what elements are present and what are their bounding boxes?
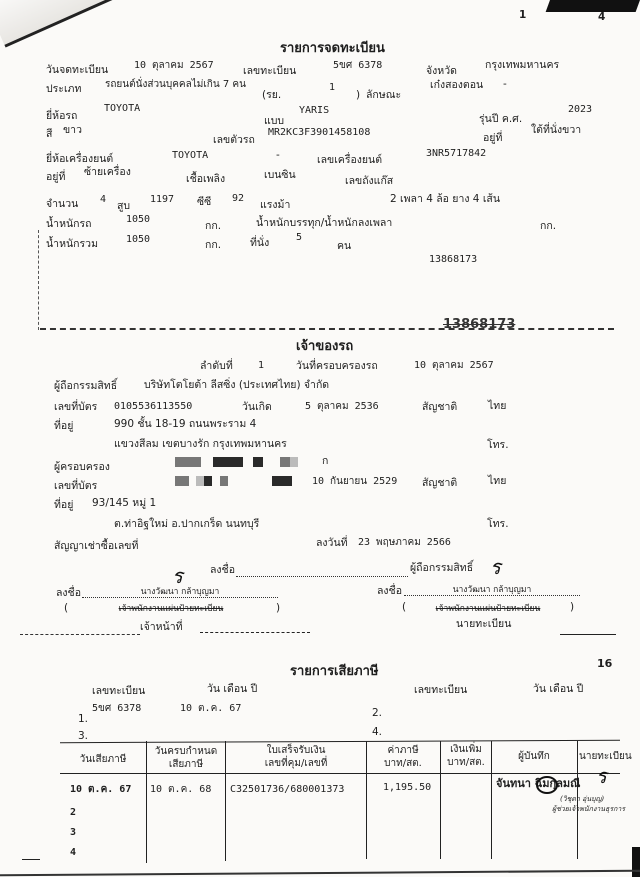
redacted-id	[175, 476, 189, 486]
plate-label: เลขทะเบียน	[243, 66, 296, 78]
reg-date-value: 10 ตุลาคม 2567	[134, 60, 214, 71]
divider	[560, 634, 616, 635]
table-header-paid-date: วันเสียภาษี	[62, 754, 144, 767]
horsepower-unit: แรงม้า	[260, 200, 290, 212]
nationality-value: ไทย	[488, 401, 506, 413]
table-header-registrar: นายทะเบียน	[579, 751, 639, 764]
table-column-divider	[366, 741, 367, 859]
address-line1: 990 ชั้น 18-19 ถนนพระราม 4	[114, 419, 256, 431]
holder-phone-label: โทร.	[487, 519, 509, 531]
table-row-number: 3	[70, 827, 76, 838]
table-header-recorder: ผู้บันทึก	[493, 751, 575, 764]
birth-label: วันเกิด	[242, 402, 272, 414]
fuel-value: เบนซิน	[264, 170, 296, 182]
holder-id-label: เลขที่บัตร	[54, 481, 97, 493]
vin-value: MR2KC3F3901458108	[268, 127, 370, 138]
holder-address-line1: 93/145 หมู่ 1	[92, 498, 156, 510]
holder-address-label: ที่อยู่	[54, 500, 73, 512]
curb-weight-unit: กก.	[205, 221, 221, 233]
load-weight-label: น้ำหนักบรรทุก/น้ำหนักลงเพลา	[256, 218, 392, 230]
page-fold-shadow	[0, 0, 134, 48]
ry-value: 1	[329, 82, 335, 93]
margin-mark	[22, 859, 40, 860]
displacement-value: 1197	[150, 194, 174, 205]
proprietor-sign-line	[236, 566, 408, 577]
engine-location-label: อยู่ที่	[46, 172, 65, 184]
table-header-surcharge: เงินเพิ่ม บาท/สต.	[442, 744, 490, 769]
style-dash: -	[503, 79, 507, 91]
birth-value: 5 ตุลาคม 2536	[305, 401, 379, 412]
officer-name: นางวัฒนา กล้าบุญมา	[82, 588, 278, 598]
lease-date-value: 23 พฤษภาคม 2566	[358, 537, 451, 548]
table-column-divider	[491, 741, 492, 859]
tax-entry-num: 1.	[78, 714, 88, 726]
page-corner-shadow	[546, 0, 640, 12]
brand-value: TOYOTA	[104, 103, 140, 114]
style-value: เก๋งสองตอน	[430, 80, 483, 92]
registrar-name: นางวัฒนา กล้าบุญมา	[404, 586, 580, 596]
vin-label: เลขตัวรถ	[213, 135, 255, 147]
engine-no-value: 3NR5717842	[426, 148, 486, 159]
lease-date-label: ลงวันที่	[316, 538, 348, 550]
paren-close: )	[570, 602, 574, 614]
tax-entry-num: 3.	[78, 731, 88, 743]
gross-weight-value: 1050	[126, 234, 150, 245]
registrar-role: นายทะเบียน	[456, 619, 511, 631]
table-row-number: 2	[70, 807, 76, 818]
table-header-border	[60, 773, 620, 774]
vin-location-label: อยู่ที่	[483, 133, 502, 145]
cylinder-value: 4	[100, 194, 106, 205]
officer-sign-label: ลงชื่อ	[56, 588, 81, 600]
redacted-id	[196, 476, 204, 486]
gross-weight-label: น้ำหนักรวม	[46, 239, 98, 251]
holder-address-line2: ต.ท่าอิฐใหม่ อ.ปากเกร็ด นนทบุรี	[114, 519, 259, 531]
divider	[200, 632, 310, 633]
table-column-divider	[225, 741, 226, 861]
tax-entry-num: 4.	[372, 727, 382, 739]
page-bottom-edge	[0, 870, 640, 876]
province-value: กรุงเทพมหานคร	[485, 60, 559, 72]
page-mark: 4	[598, 12, 605, 24]
vehicle-registration-document: 1 4 รายการจดทะเบียน วันจดทะเบียน 10 ตุลา…	[0, 0, 640, 877]
possession-date-value: 10 ตุลาคม 2567	[414, 360, 494, 371]
order-value: 1	[258, 360, 264, 371]
address-label: ที่อยู่	[54, 421, 73, 433]
engine-brand-label: ยี่ห้อเครื่องยนต์	[46, 154, 113, 166]
document-number-faded: 13868173	[443, 318, 515, 332]
paren-close: )	[276, 603, 280, 615]
tax-entry-plate: 5ขศ 6378	[92, 703, 141, 714]
tax-entry-num: 2.	[372, 708, 382, 720]
reg-date-label: วันจดทะเบียน	[46, 65, 108, 77]
gross-weight-unit: กก.	[205, 240, 221, 252]
horsepower-value: 92	[232, 193, 244, 204]
signature-mark: ร	[490, 551, 501, 583]
displacement-unit: ซีซี	[197, 197, 211, 209]
proprietor-value: บริษัทโตโยต้า ลีสซิ่ง (ประเทศไทย) จำกัด	[144, 380, 329, 392]
table-top-border	[60, 740, 620, 743]
load-weight-unit: กก.	[540, 221, 556, 233]
divider	[40, 328, 614, 330]
tax-plate-col-label: เลขทะเบียน	[92, 686, 145, 698]
proprietor-sign-role: ผู้ถือกรรมสิทธิ์	[410, 563, 473, 575]
divider	[20, 634, 140, 635]
redacted-id	[204, 476, 212, 486]
proprietor-id-value: 0105536113550	[114, 401, 192, 412]
seats-label: ที่นั่ง	[250, 238, 269, 250]
tax-entry-date: 10 ต.ค. 67	[180, 703, 241, 714]
redacted-name	[213, 457, 243, 467]
proprietor-id-label: เลขที่บัตร	[54, 402, 97, 414]
address-line2: แขวงสีลม เขตบางรัก กรุงเทพมหานคร	[114, 439, 287, 451]
redacted-name	[280, 457, 290, 467]
color-value: ขาว	[63, 125, 82, 137]
table-cell-paid-date: 10 ต.ค. 67	[70, 784, 131, 795]
curb-weight-label: น้ำหนักรถ	[46, 219, 92, 231]
stamp-icon	[536, 776, 558, 794]
redacted-name	[290, 457, 298, 467]
style-label: ลักษณะ	[366, 90, 401, 102]
province-label: จังหวัด	[426, 66, 457, 78]
plate-value: 5ขศ 6378	[333, 60, 382, 71]
section-number: 16	[597, 658, 612, 670]
table-header-receipt: ใบเสร็จรับเงิน เลขที่คุม/เลขที่	[227, 745, 365, 770]
gas-tank-label: เลขถังแก๊ส	[345, 176, 393, 188]
year-value: 2023	[568, 104, 592, 115]
redacted-id	[272, 476, 292, 486]
page-mark: 1	[519, 10, 526, 22]
table-cell-recorder-note: ผู้ช่วยเจ้าพนักงานธุรการ	[552, 806, 625, 814]
redacted-id	[220, 476, 228, 486]
section-title-tax: รายการเสียภาษี	[290, 665, 379, 679]
model-value: YARIS	[299, 105, 329, 116]
year-label: รุ่นปี ค.ศ.	[479, 114, 522, 126]
holder-nationality-value: ไทย	[488, 476, 506, 488]
tax-date-col-label: วัน เดือน ปี	[207, 684, 257, 696]
paren-open: (	[402, 602, 406, 614]
section-title-owner: เจ้าของรถ	[296, 340, 353, 354]
proprietor-sign-label: ลงชื่อ	[210, 565, 235, 577]
ry-close: )	[356, 90, 360, 102]
registrar-sign-label: ลงชื่อ	[377, 586, 402, 598]
vin-location-value: ใต้ที่นั่งขวา	[531, 125, 581, 137]
type-value: รถยนต์นั่งส่วนบุคคลไม่เกิน 7 คน	[105, 79, 246, 90]
officer-position: เจ้าพนักงานแผ่นป้ายทะเบียน	[66, 605, 276, 614]
nationality-label: สัญชาติ	[422, 402, 457, 414]
table-cell-receipt: C32501736/680001373	[230, 784, 344, 795]
axles-wheels-value: 2 เพลา 4 ล้อ ยาง 4 เส้น	[390, 194, 500, 206]
model-label: แบบ	[264, 116, 284, 128]
signature-mark: ร	[596, 760, 607, 792]
holder-birth-value: 10 กันยายน 2529	[312, 476, 397, 487]
holder-label: ผู้ครอบครอง	[54, 462, 110, 474]
left-margin-line	[38, 230, 39, 330]
tax-plate-col-label-2: เลขทะเบียน	[414, 685, 467, 697]
engine-no-label: เลขเครื่องยนต์	[317, 155, 382, 167]
holder-nationality-label: สัญชาติ	[422, 478, 457, 490]
document-number: 13868173	[429, 254, 477, 265]
table-cell-tax: 1,195.50	[383, 782, 431, 793]
page-edge-shadow	[632, 847, 640, 877]
curb-weight-value: 1050	[126, 214, 150, 225]
holder-name-suffix: ก	[322, 456, 328, 468]
seats-value: 5	[296, 232, 302, 243]
officer-role: เจ้าหน้าที่	[140, 622, 183, 634]
table-column-divider	[440, 741, 441, 859]
type-label: ประเภท	[46, 84, 81, 96]
order-label: ลำดับที่	[200, 361, 233, 373]
redacted-name	[175, 457, 201, 467]
cylinder-unit: สูบ	[117, 201, 130, 213]
table-header-tax: ค่าภาษี บาท/สต.	[368, 745, 438, 770]
redacted-name	[253, 457, 263, 467]
brand-label: ยี่ห้อรถ	[46, 111, 77, 123]
section-title-registration: รายการจดทะเบียน	[280, 42, 385, 56]
table-row-number: 4	[70, 847, 76, 858]
cylinder-label: จำนวน	[46, 199, 78, 211]
engine-brand-value: TOYOTA	[172, 150, 208, 161]
ry-label: (รย.	[262, 90, 281, 102]
table-cell-due-date: 10 ต.ค. 68	[150, 784, 211, 795]
possession-date-label: วันที่ครอบครองรถ	[296, 361, 378, 373]
seats-unit: คน	[337, 241, 351, 253]
tax-date-col-label-2: วัน เดือน ปี	[533, 684, 583, 696]
engine-location-value: ซ้ายเครื่อง	[84, 167, 131, 179]
proprietor-label: ผู้ถือกรรมสิทธิ์	[54, 381, 117, 393]
phone-label: โทร.	[487, 440, 509, 452]
table-cell-recorder-note: (วิชุดา อุ่นบุญ)	[560, 796, 604, 804]
lease-label: สัญญาเช่าซื้อเลขที่	[54, 541, 138, 553]
table-header-due-date: วันครบกำหนด เสียภาษี	[148, 746, 224, 771]
fuel-label: เชื้อเพลิง	[186, 174, 225, 186]
paren-open: (	[64, 603, 68, 615]
engine-brand-dash: -	[276, 150, 280, 162]
color-label: สี	[46, 129, 52, 141]
registrar-position: เจ้าพนักงานแผ่นป้ายทะเบียน	[408, 605, 568, 614]
table-column-divider	[146, 741, 147, 863]
